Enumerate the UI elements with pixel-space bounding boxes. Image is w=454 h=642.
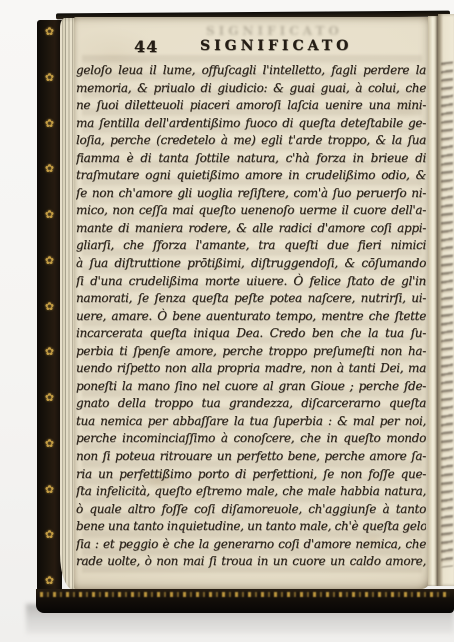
text-line: fiamma è di tanta ſottile natura, c'hà f… xyxy=(76,150,426,168)
text-line: geloſo leua il lume, offuſcagli l'intell… xyxy=(76,62,426,80)
text-line: mante di maniera rodere, & alle radici d… xyxy=(76,220,426,238)
text-line: ò quale altro foſſe coſi diſamoreuole, c… xyxy=(76,501,426,519)
text-line: gliarſi, che ſforza l'amante, tra queſti… xyxy=(76,237,426,255)
text-line: perche incominciaſſimo à conoſcere, che … xyxy=(76,430,426,448)
next-page-text-blur xyxy=(441,61,453,567)
text-line: memoria, & priualo di giudicio: & guai g… xyxy=(76,80,426,98)
gold-fleuron-icon: ✿ xyxy=(45,255,54,266)
text-line: non ſi poteua ritrouare un perfetto bene… xyxy=(76,448,426,466)
gold-fleuron-icon: ✿ xyxy=(45,438,54,449)
text-line: bene una tanto inquietudine, un tanto ma… xyxy=(76,518,426,536)
photo-backdrop: ✿✿✿✿✿✿✿✿✿✿✿✿✿ SIGNIFICATO 44 SIGNIFICATO… xyxy=(0,0,454,642)
text-line: mico, non ceſſa mai queſto uenenoſo uerm… xyxy=(76,202,426,220)
text-line: ſia : et peggio è che la generarno coſi … xyxy=(76,536,426,554)
text-line: à ſua diſtruttione prōtißimi, diſtruggen… xyxy=(76,255,426,273)
page-text: geloſo leua il lume, offuſcagli l'intell… xyxy=(76,62,426,571)
text-line: poneſti la mano ſino nel cuore al gran G… xyxy=(76,378,426,396)
text-line: uendo riſpetto non alla propria madre, n… xyxy=(76,360,426,378)
text-line: rade uolte, ò non mai ſi troua in un cuo… xyxy=(76,553,426,571)
gold-fleuron-icon: ✿ xyxy=(45,26,54,37)
text-line: ne ſuoi diletteuoli piaceri amoroſi laſc… xyxy=(76,97,426,115)
text-line: loſia, perche (credetelo à me) egli t'ar… xyxy=(76,132,426,150)
text-line: ſta infelicità, queſto eſtremo male, che… xyxy=(76,483,426,501)
book-page: SIGNIFICATO 44 SIGNIFICATO geloſo leua i… xyxy=(74,17,430,589)
text-line: perbia ti ſpenſe amore, perche troppo pr… xyxy=(76,343,426,361)
running-title-ghost: SIGNIFICATO xyxy=(206,24,343,38)
gold-fleuron-icon: ✿ xyxy=(45,575,54,586)
gold-fleuron-icon: ✿ xyxy=(45,484,54,495)
page-number: 44 xyxy=(134,37,158,56)
gold-fleuron-icon: ✿ xyxy=(45,392,54,403)
page-fore-edge xyxy=(428,16,438,586)
book-page-right-edge xyxy=(438,14,454,586)
gold-fleuron-icon: ✿ xyxy=(45,118,54,129)
gold-fleuron-icon: ✿ xyxy=(45,209,54,220)
text-line: traſmutare ogni quietißimo amore in crud… xyxy=(76,167,426,185)
gold-fleuron-icon: ✿ xyxy=(45,346,54,357)
text-line: namorati, ſe ſenza queſta peſte potea na… xyxy=(76,290,426,308)
text-line: ſe non ch'amore gli uoglia reſiſtere, co… xyxy=(76,185,426,203)
text-line: gnato della troppo tua grandezza, diſcar… xyxy=(76,395,426,413)
text-line: tua nemica per abbaſſare la tua ſuperbia… xyxy=(76,413,426,431)
gold-dot-trim xyxy=(40,592,450,597)
text-line: uere, amare. Ò bene auenturato tempo, me… xyxy=(76,308,426,326)
gold-fleuron-icon: ✿ xyxy=(45,301,54,312)
gold-fleuron-column: ✿✿✿✿✿✿✿✿✿✿✿✿✿ xyxy=(37,26,62,586)
text-line: ria un perfettißimo porto di perfettioni… xyxy=(76,466,426,484)
book-cover-bottom-edge xyxy=(36,589,454,613)
text-line: ma ſentilla dell'ardentißimo fuoco di qu… xyxy=(76,115,426,133)
gold-fleuron-icon: ✿ xyxy=(45,163,54,174)
text-line: ſi d'una crudelißima morte uiuere. Ò fel… xyxy=(76,273,426,291)
page-header: SIGNIFICATO 44 SIGNIFICATO xyxy=(76,35,426,59)
gold-fleuron-icon: ✿ xyxy=(45,529,54,540)
running-title: SIGNIFICATO xyxy=(200,38,352,54)
text-line: incarcerata queſta iniqua Dea. Credo ben… xyxy=(76,325,426,343)
gold-fleuron-icon: ✿ xyxy=(45,72,54,83)
book-cover-spine: ✿✿✿✿✿✿✿✿✿✿✿✿✿ xyxy=(37,20,62,592)
